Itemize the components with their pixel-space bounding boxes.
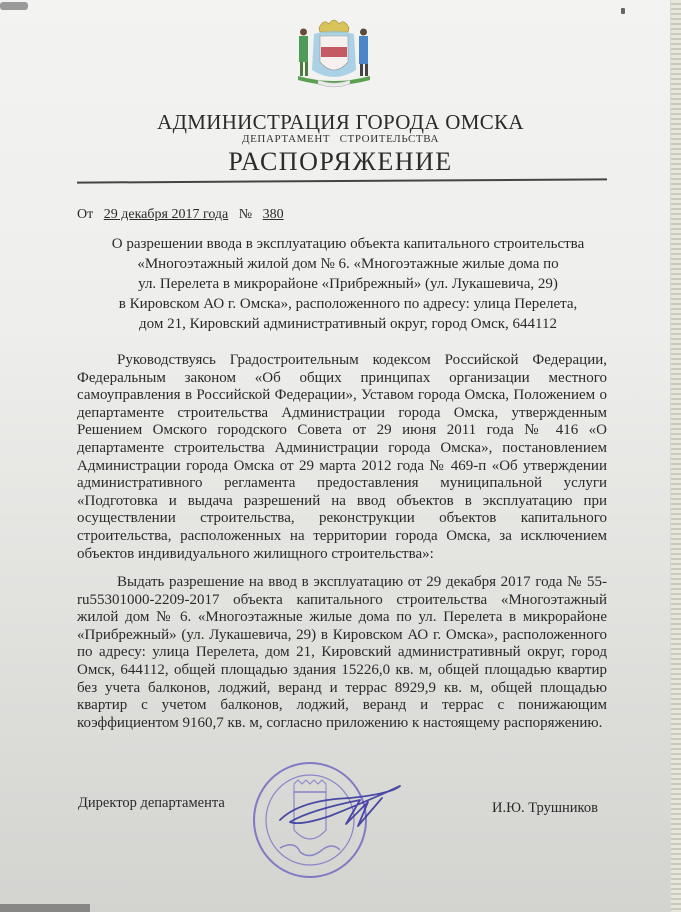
preamble-paragraph: Руководствуясь Градостроительным кодексо… [77,352,607,563]
subject-line: О разрешении ввода в эксплуатацию объект… [70,234,626,254]
date-number-line: От 29 декабря 2017 года № 380 [77,207,284,223]
document-date: 29 декабря 2017 года [104,207,229,222]
document-subject: О разрешении ввода в эксплуатацию объект… [70,234,626,334]
handwritten-signature-icon [270,780,410,840]
staple-mark [621,8,625,14]
subject-line: «Многоэтажный жилой дом № 6. «Многоэтажн… [70,254,626,274]
signatory-title: Директор департамента [78,795,225,812]
staple [0,2,28,10]
document-type-title: РАСПОРЯЖЕНИЕ [0,147,681,177]
subject-line: дом 21, Кировский административный округ… [70,314,626,334]
subject-line: в Кировском АО г. Омска», расположенного… [70,294,626,314]
edge-shadow [0,904,90,912]
coat-of-arms-icon [284,14,384,90]
from-label: От [77,207,93,222]
header-divider [77,178,607,183]
number-label: № [239,207,252,222]
subject-line: ул. Перелета в микрорайоне «Прибрежный» … [70,274,626,294]
order-paragraph: Выдать разрешение на ввод в эксплуатацию… [77,574,607,732]
department-title: ДЕПАРТАМЕНТ СТРОИТЕЛЬСТВА [0,133,681,145]
signatory-name: И.Ю. Трушников [492,800,598,817]
document-number: 380 [263,207,284,222]
organization-title: АДМИНИСТРАЦИЯ ГОРОДА ОМСКА [0,110,681,135]
